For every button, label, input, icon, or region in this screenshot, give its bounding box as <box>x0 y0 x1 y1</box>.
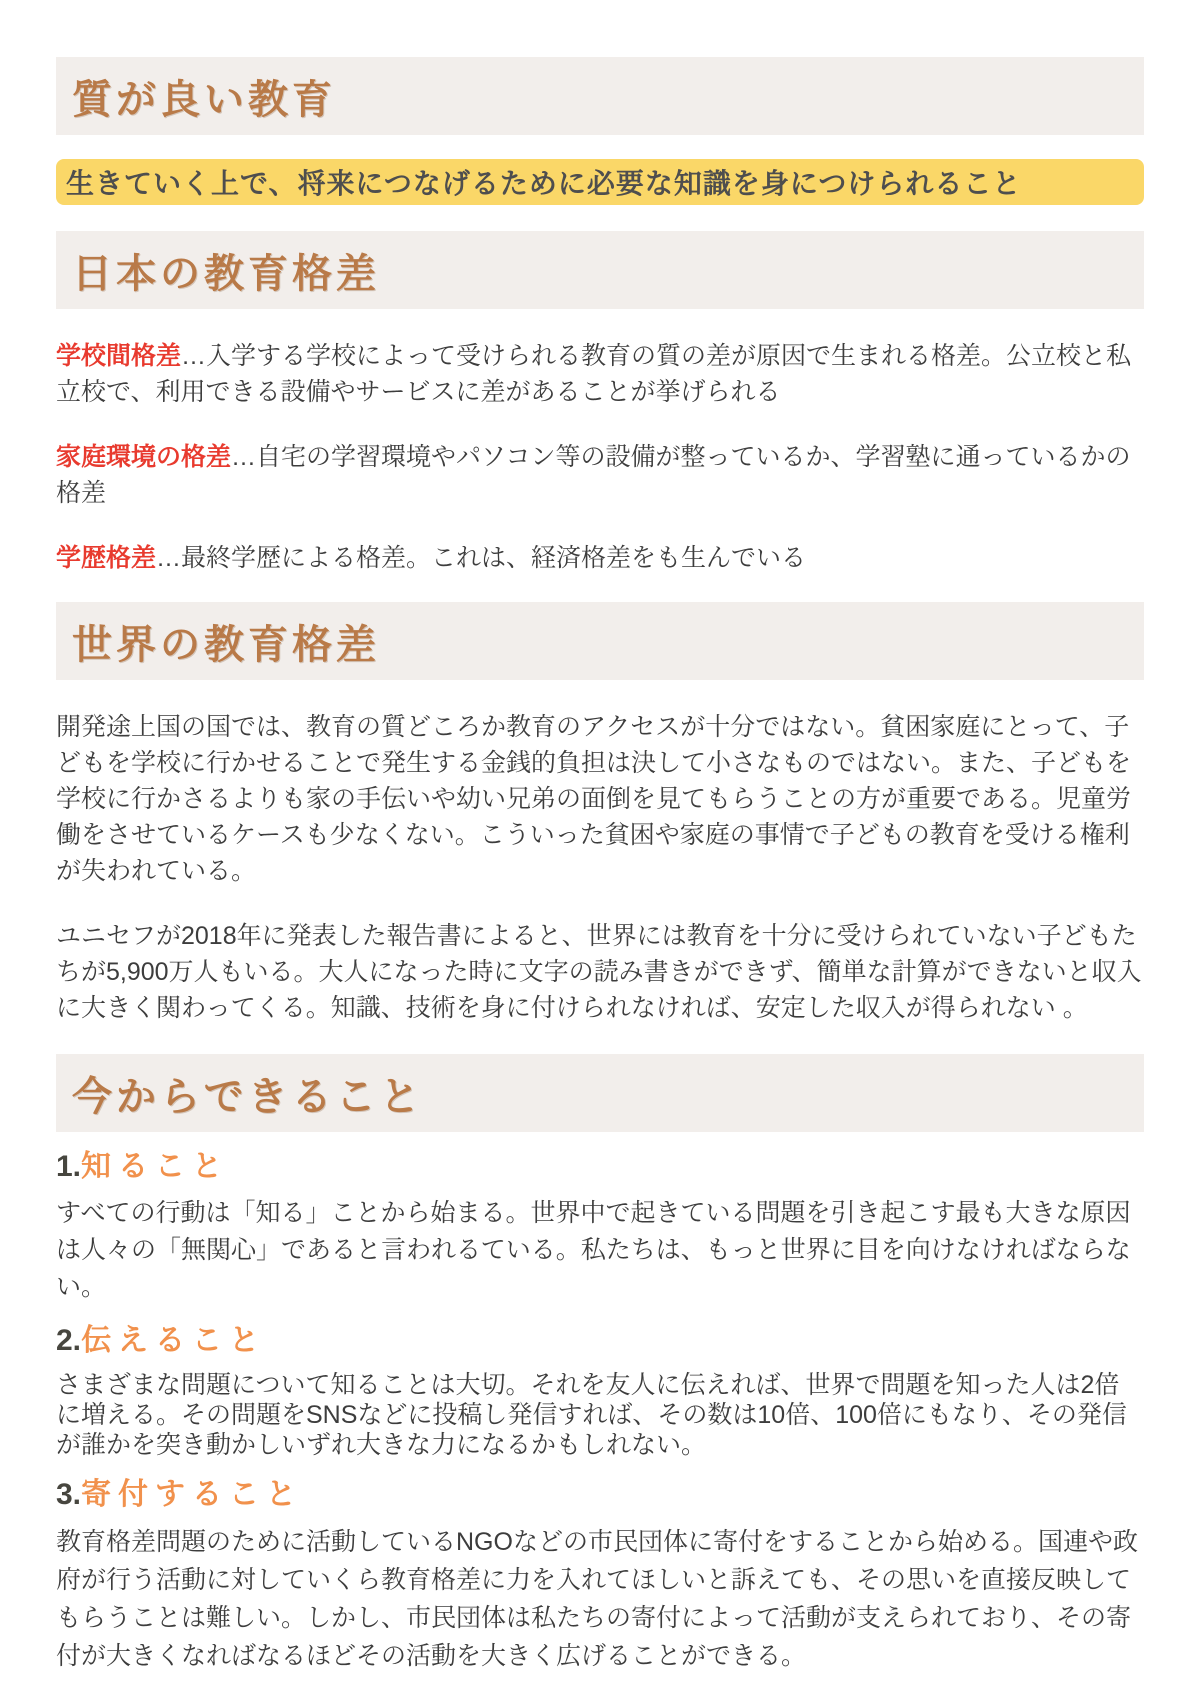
gap-term-academic: 学歴格差 <box>56 544 156 572</box>
action-body-know: すべての行動は「知る」ことから始まる。世界中で起きている問題を引き起こす最も大き… <box>56 1195 1144 1306</box>
action-item-tell: 2.伝えること さまざまな問題について知ることは大切。それを友人に伝えれば、世界… <box>56 1324 1144 1460</box>
action-item-donate: 3.寄付すること 教育格差問題のために活動しているNGOなどの市民団体に寄付をす… <box>56 1478 1144 1675</box>
action-heading-know: 1.知ること <box>56 1150 1144 1184</box>
section-banner-actions: 今からできること <box>56 1054 1144 1132</box>
section-banner-quality-education: 質が良い教育 <box>56 57 1144 135</box>
action-title-know: 知ること <box>81 1150 229 1183</box>
action-number-tell: 2. <box>56 1324 81 1357</box>
action-number-donate: 3. <box>56 1478 81 1511</box>
action-item-know: 1.知ること すべての行動は「知る」ことから始まる。世界中で起きている問題を引き… <box>56 1150 1144 1306</box>
gap-term-school: 学校間格差 <box>56 342 181 370</box>
section-title-actions: 今からできること <box>72 1065 424 1122</box>
action-heading-tell: 2.伝えること <box>56 1324 1144 1358</box>
action-body-donate: 教育格差問題のために活動しているNGOなどの市民団体に寄付をすることから始める。… <box>56 1523 1144 1675</box>
world-gap-paragraph-1: 開発途上国の国では、教育の質どころか教育のアクセスが十分ではない。貧困家庭にとっ… <box>56 709 1144 889</box>
quality-education-definition: 生きていく上で、将来につなげるために必要な知識を身につけられること <box>66 162 1021 202</box>
section-title-world-gap: 世界の教育格差 <box>72 613 380 670</box>
world-gap-paragraph-2: ユニセフが2018年に発表した報告書によると、世界には教育を十分に受けられていな… <box>56 918 1144 1026</box>
japan-gap-item-home: 家庭環境の格差…自宅の学習環境やパソコン等の設備が整っているか、学習塾に通ってい… <box>56 439 1144 511</box>
japan-gap-item-academic: 学歴格差…最終学歴による格差。これは、経済格差をも生んでいる <box>56 540 1144 576</box>
action-heading-donate: 3.寄付すること <box>56 1478 1144 1512</box>
document-page: 質が良い教育 生きていく上で、将来につなげるために必要な知識を身につけられること… <box>56 0 1144 1675</box>
section-banner-world-gap: 世界の教育格差 <box>56 602 1144 680</box>
action-title-tell: 伝えること <box>81 1324 266 1357</box>
gap-desc-school: …入学する学校によって受けられる教育の質の差が原因で生まれる格差。公立校と私立校… <box>56 342 1131 406</box>
section-banner-japan-gap: 日本の教育格差 <box>56 231 1144 309</box>
yellow-highlight-bar: 生きていく上で、将来につなげるために必要な知識を身につけられること <box>56 159 1144 205</box>
gap-desc-academic: …最終学歴による格差。これは、経済格差をも生んでいる <box>156 544 806 572</box>
section-title-japan-gap: 日本の教育格差 <box>72 242 380 299</box>
action-body-tell: さまざまな問題について知ることは大切。それを友人に伝えれば、世界で問題を知った人… <box>56 1370 1144 1460</box>
action-title-donate: 寄付すること <box>81 1478 303 1511</box>
japan-gap-item-school: 学校間格差…入学する学校によって受けられる教育の質の差が原因で生まれる格差。公立… <box>56 338 1144 410</box>
action-number-know: 1. <box>56 1150 81 1183</box>
gap-term-home: 家庭環境の格差 <box>56 443 231 471</box>
section-title-quality-education: 質が良い教育 <box>72 68 336 125</box>
